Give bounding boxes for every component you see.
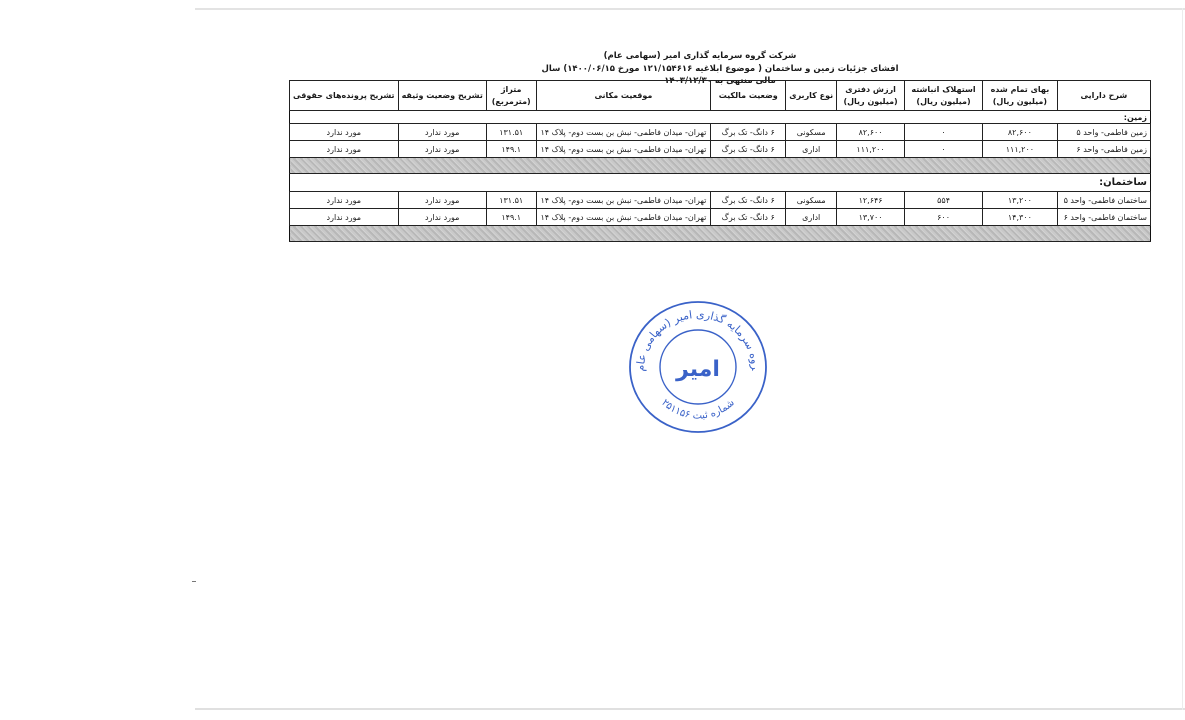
land-buildings-table: شرح دارایی بهای تمام شده(میلیون ریال) اس… [289, 80, 1151, 242]
cell-depreciation: ۵۵۴ [905, 192, 983, 209]
cell-ownership: ۶ دانگ- تک برگ [711, 124, 786, 141]
table-row: زمین فاطمی- واحد ۵ ۸۲,۶۰۰ ۰ ۸۲,۶۰۰ مسکون… [290, 124, 1151, 141]
company-stamp: گروه سرمایه گذاری امیر (سهامی عام) شماره… [626, 298, 770, 436]
cell-legal: مورد ندارد [290, 192, 399, 209]
cell-depreciation: ۶۰۰ [905, 209, 983, 226]
scan-edge-right [1182, 8, 1183, 710]
cell-area: ۱۴۹.۱ [486, 141, 536, 158]
cell-collateral: مورد ندارد [398, 141, 486, 158]
cell-description: زمین فاطمی- واحد ۶ [1057, 141, 1150, 158]
cell-cost: ۱۱۱,۲۰۰ [983, 141, 1058, 158]
cell-cost: ۸۲,۶۰۰ [983, 124, 1058, 141]
table-row: ساختمان فاطمی- واحد ۶ ۱۴,۳۰۰ ۶۰۰ ۱۳,۷۰۰ … [290, 209, 1151, 226]
cell-legal: مورد ندارد [290, 141, 399, 158]
scan-edge-bottom [195, 708, 1185, 710]
section-title: ساختمان: [290, 174, 1151, 192]
col-cost: بهای تمام شده(میلیون ریال) [983, 81, 1058, 111]
stamp-registration: شماره ثبت ۲۵۱۱۵۶ [659, 397, 737, 421]
cell-depreciation: ۰ [905, 141, 983, 158]
cell-book-value: ۱۲,۶۴۶ [837, 192, 905, 209]
cell-description: ساختمان فاطمی- واحد ۵ [1057, 192, 1150, 209]
cell-depreciation: ۰ [905, 124, 983, 141]
col-book-value: ارزش دفتری(میلیون ریال) [837, 81, 905, 111]
section-title: زمین: [290, 111, 1151, 124]
cell-usage: مسکونی [786, 124, 837, 141]
table-row: زمین فاطمی- واحد ۶ ۱۱۱,۲۰۰ ۰ ۱۱۱,۲۰۰ ادا… [290, 141, 1151, 158]
table-row: ساختمان فاطمی- واحد ۵ ۱۳,۲۰۰ ۵۵۴ ۱۲,۶۴۶ … [290, 192, 1151, 209]
cell-location: تهران- میدان فاطمی- نبش بن بست دوم- پلاک… [536, 141, 711, 158]
col-legal: تشریح پرونده‌های حقوقی [290, 81, 399, 111]
cell-usage: مسکونی [786, 192, 837, 209]
cell-legal: مورد ندارد [290, 124, 399, 141]
col-description: شرح دارایی [1057, 81, 1150, 111]
cell-collateral: مورد ندارد [398, 209, 486, 226]
cell-location: تهران- میدان فاطمی- نبش بن بست دوم- پلاک… [536, 192, 711, 209]
cell-location: تهران- میدان فاطمی- نبش بن بست دوم- پلاک… [536, 209, 711, 226]
cell-collateral: مورد ندارد [398, 124, 486, 141]
cell-description: ساختمان فاطمی- واحد ۶ [1057, 209, 1150, 226]
cell-ownership: ۶ دانگ- تک برگ [711, 192, 786, 209]
table-header-row: شرح دارایی بهای تمام شده(میلیون ریال) اس… [290, 81, 1151, 111]
cell-ownership: ۶ دانگ- تک برگ [711, 209, 786, 226]
scan-speck [192, 581, 196, 582]
col-ownership: وضعیت مالکیت [711, 81, 786, 111]
cell-ownership: ۶ دانگ- تک برگ [711, 141, 786, 158]
cell-cost: ۱۴,۳۰۰ [983, 209, 1058, 226]
scan-edge-top [195, 8, 1185, 10]
col-usage: نوع کاربری [786, 81, 837, 111]
cell-cost: ۱۳,۲۰۰ [983, 192, 1058, 209]
cell-book-value: ۱۳,۷۰۰ [837, 209, 905, 226]
cell-description: زمین فاطمی- واحد ۵ [1057, 124, 1150, 141]
section-total-buildings [290, 226, 1151, 242]
col-collateral: تشریح وضعیت وثیقه [398, 81, 486, 111]
section-buildings: ساختمان: [290, 174, 1151, 192]
section-total-land [290, 158, 1151, 174]
company-title: شرکت گروه سرمایه گذاری امیر (سهامی عام) [500, 50, 900, 62]
cell-usage: اداری [786, 141, 837, 158]
section-land: زمین: [290, 111, 1151, 124]
stamp-logo-text: امیر [675, 357, 720, 382]
col-depreciation: استهلاک انباشته(میلیون ریال) [905, 81, 983, 111]
cell-area: ۱۴۹.۱ [486, 209, 536, 226]
cell-book-value: ۱۱۱,۲۰۰ [837, 141, 905, 158]
cell-location: تهران- میدان فاطمی- نبش بن بست دوم- پلاک… [536, 124, 711, 141]
cell-legal: مورد ندارد [290, 209, 399, 226]
cell-book-value: ۸۲,۶۰۰ [837, 124, 905, 141]
col-location: موقعیت مکانی [536, 81, 711, 111]
cell-collateral: مورد ندارد [398, 192, 486, 209]
cell-usage: اداری [786, 209, 837, 226]
cell-area: ۱۳۱.۵۱ [486, 124, 536, 141]
col-area: متراژ(مترمربع) [486, 81, 536, 111]
cell-area: ۱۳۱.۵۱ [486, 192, 536, 209]
